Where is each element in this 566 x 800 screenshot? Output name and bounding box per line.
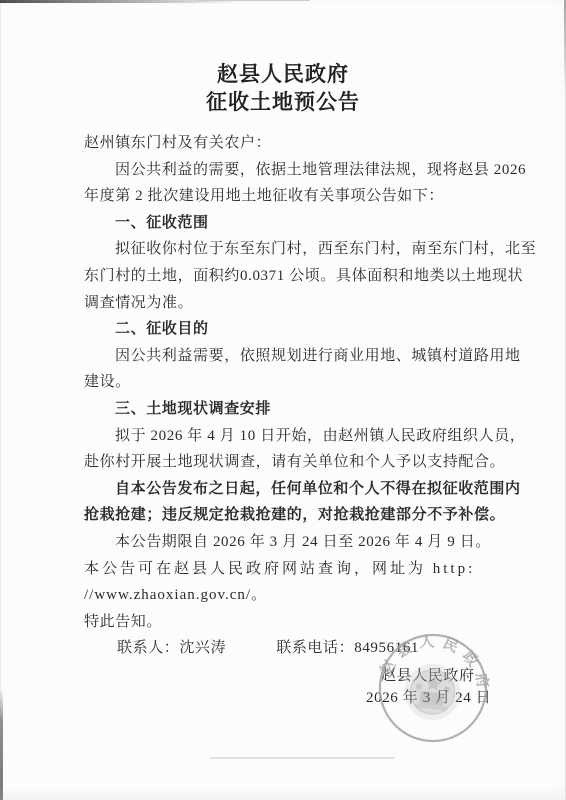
scan-artifact-bottom-left	[0, 688, 3, 800]
body-line: 拟征收你村位于东至东门村，西至东门村，南至东门村，北至	[84, 236, 506, 263]
section-heading-2: 二、征收目的	[84, 316, 506, 343]
warning-line: 自本公告发布之日起，任何单位和个人不得在拟征收范围内	[84, 476, 506, 503]
body-line: 建设。	[84, 369, 506, 396]
body-line: 因公共利益的需要，依据土地管理法律法规，现将赵县 2026	[84, 157, 506, 184]
body-line: 本公告期限自 2026 年 3 月 24 日至 2026 年 4 月 9 日。	[84, 529, 506, 556]
section-heading-1: 一、征收范围	[84, 210, 506, 237]
contact-person-name: 沈兴涛	[179, 640, 226, 656]
body-line: 因公共利益需要，依照规划进行商业用地、城镇村道路用地	[84, 343, 506, 370]
body-line: 本公告可在赵县人民政府网站查询，网址为 http:	[84, 556, 506, 583]
body-line: 赴你村开展土地现状调查，请有关单位和个人予以支持配合。	[84, 449, 506, 476]
website-url: //www.zhaoxian.gov.cn/。	[84, 582, 506, 609]
contact-phone-label: 联系电话：	[276, 640, 354, 656]
body-line: 年度第 2 批次建设用地土地征收有关事项公告如下：	[84, 183, 506, 210]
body-line: 东门村的土地，面积约0.0371 公顷。具体面积和地类以土地现状	[84, 263, 506, 290]
official-seal: 赵县人民政府	[368, 620, 498, 754]
scan-artifact-smudge	[210, 757, 395, 759]
title-line-2: 征收土地预公告	[0, 88, 566, 116]
section-heading-3: 三、土地现状调查安排	[84, 396, 506, 423]
salutation: 赵州镇东门村及有关农户：	[84, 130, 506, 157]
seal-emblem	[402, 661, 464, 723]
document-title: 赵县人民政府 征收土地预公告	[0, 60, 566, 116]
scan-artifact-top-middle	[195, 0, 310, 1]
scanned-announcement-page: 赵县人民政府 征收土地预公告 赵州镇东门村及有关农户： 因公共利益的需要，依据土…	[0, 0, 566, 800]
contact-person-label: 联系人：	[117, 640, 179, 656]
scan-artifact-left-edge	[0, 0, 1, 800]
body-line: 调查情况为准。	[84, 290, 506, 317]
body-line: 拟于 2026 年 4 月 10 日开始，由赵州镇人民政府组织人员，	[84, 423, 506, 450]
document-body: 赵州镇东门村及有关农户： 因公共利益的需要，依据土地管理法律法规，现将赵县 20…	[84, 130, 506, 662]
warning-line: 抢栽抢建；违反规定抢栽抢建的，对抢栽抢建部分不予补偿。	[84, 502, 506, 529]
title-line-1: 赵县人民政府	[0, 60, 566, 88]
